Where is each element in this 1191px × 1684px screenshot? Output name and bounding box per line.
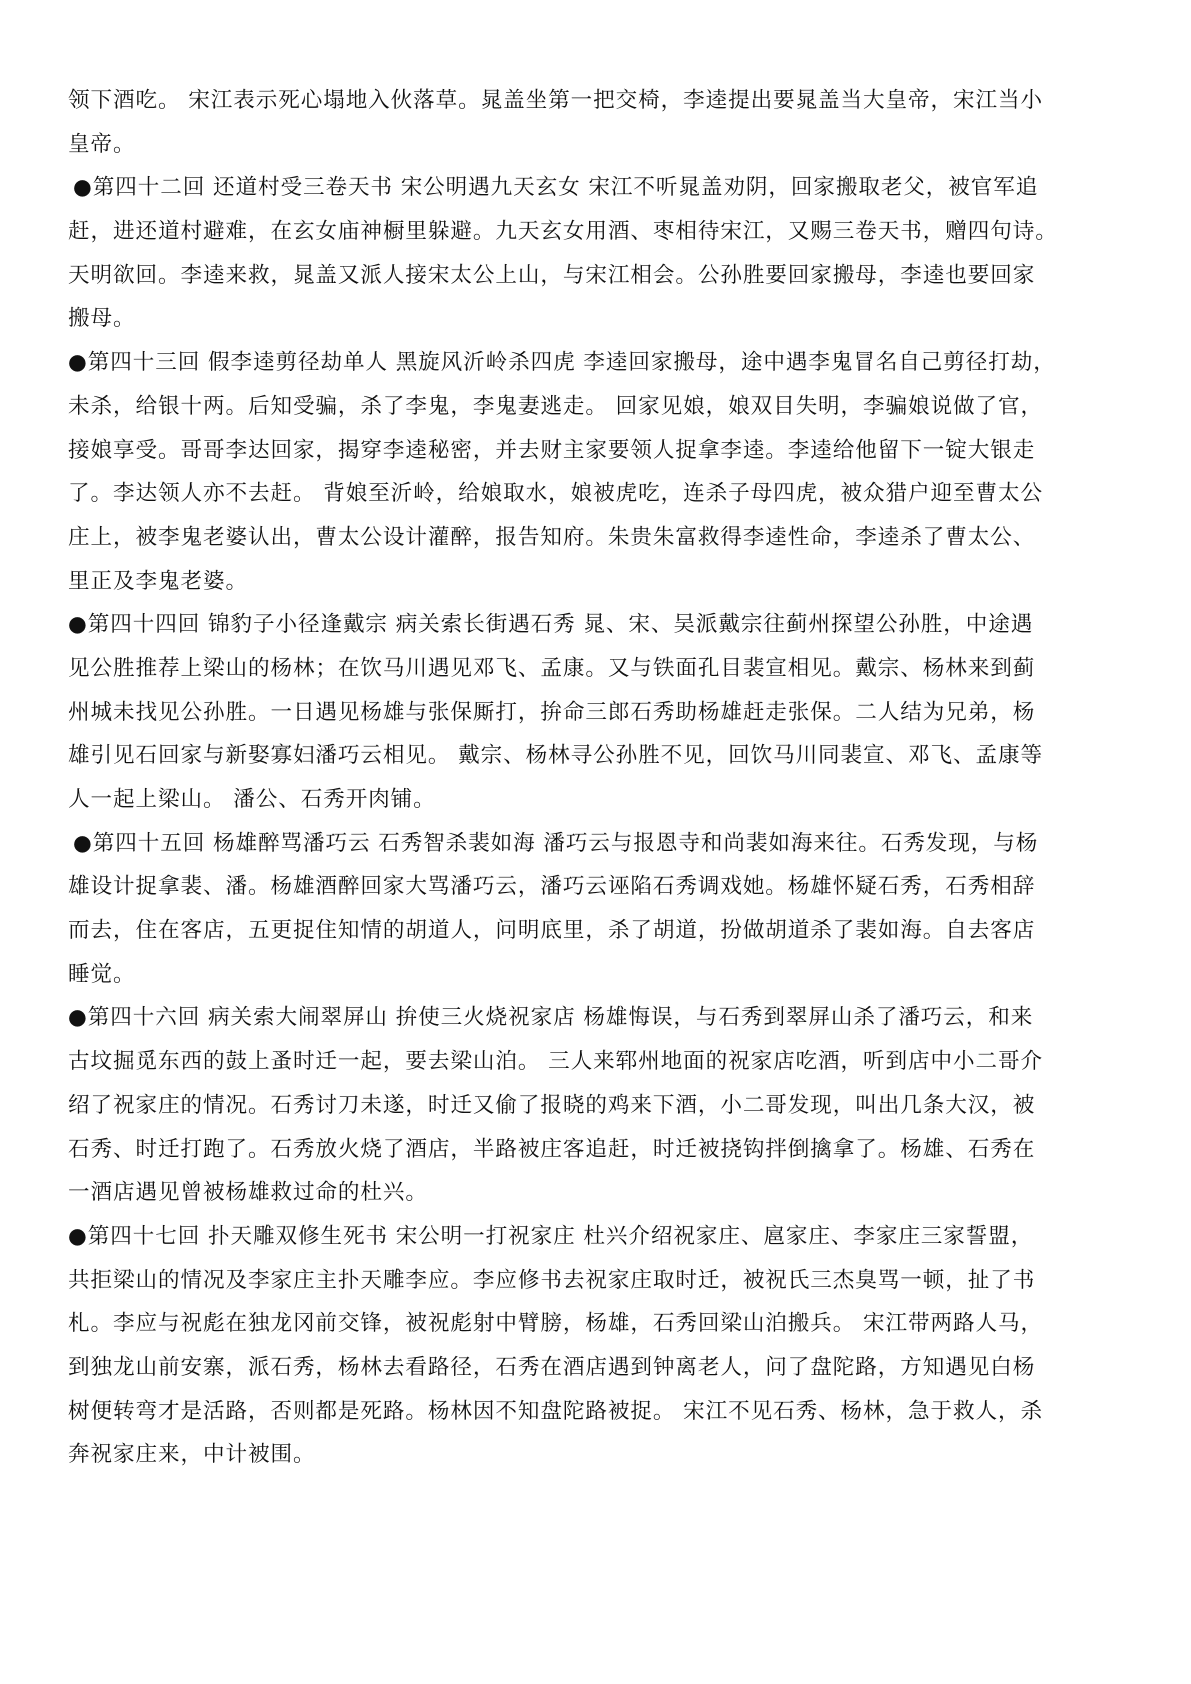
text-line: 天明欲回。李逵来救，晁盖又派人接宋太公上山，与宋江相会。公孙胜要回家搬母，李逵也… — [68, 259, 1118, 303]
paragraph-ch42: ●第四十二回 还道村受三卷天书 宋公明遇九天玄女 宋江不听晁盖劝阴，回家搬取老父… — [68, 171, 1118, 346]
text-line: 雄设计捉拿裴、潘。杨雄酒醉回家大骂潘巧云，潘巧云诬陷石秀调戏她。杨雄怀疑石秀，石… — [68, 870, 1118, 914]
paragraph-ch45: ●第四十五回 杨雄醉骂潘巧云 石秀智杀裴如海 潘巧云与报恩寺和尚裴如海来往。石秀… — [68, 827, 1118, 1002]
text-line: 州城未找见公孙胜。一日遇见杨雄与张保厮打，拚命三郎石秀助杨雄赶走张保。二人结为兄… — [68, 696, 1118, 740]
chapter-heading-line: ●第四十六回 病关索大闹翠屏山 拚使三火烧祝家店 杨雄悔误，与石秀到翠屏山杀了潘… — [68, 1001, 1118, 1045]
text-line: 里正及李鬼老婆。 — [68, 565, 1118, 609]
paragraph-ch44: ●第四十四回 锦豹子小径逢戴宗 病关索长街遇石秀 晁、宋、吴派戴宗往蓟州探望公孙… — [68, 608, 1118, 826]
text-line: 领下酒吃。 宋江表示死心塌地入伙落草。晁盖坐第一把交椅，李逵提出要晁盖当大皇帝，… — [68, 84, 1118, 128]
text-line: 未杀，给银十两。后知受骗，杀了李鬼，李鬼妻逃走。 回家见娘，娘双目失明，李骗娘说… — [68, 390, 1118, 434]
text-line: 人一起上梁山。 潘公、石秀开肉铺。 — [68, 783, 1118, 827]
text-line: 奔祝家庄来，中计被围。 — [68, 1438, 1118, 1482]
paragraph-ch46: ●第四十六回 病关索大闹翠屏山 拚使三火烧祝家店 杨雄悔误，与石秀到翠屏山杀了潘… — [68, 1001, 1118, 1219]
text-line: 到独龙山前安寨，派石秀，杨林去看路径，石秀在酒店遇到钟离老人，问了盘陀路，方知遇… — [68, 1351, 1118, 1395]
text-line: 庄上，被李鬼老婆认出，曹太公设计灌醉，报告知府。朱贵朱富救得李逵性命，李逵杀了曹… — [68, 521, 1118, 565]
text-line: 石秀、时迁打跑了。石秀放火烧了酒店，半路被庄客追赶，时迁被挠钩拌倒擒拿了。杨雄、… — [68, 1133, 1118, 1177]
chapter-heading-line: ●第四十三回 假李逵剪径劫单人 黑旋风沂岭杀四虎 李逵回家搬母，途中遇李鬼冒名自… — [68, 346, 1118, 390]
text-line: 搬母。 — [68, 302, 1118, 346]
text-line: 赶，进还道村避难，在玄女庙神橱里躲避。九天玄女用酒、枣相待宋江，又赐三卷天书，赠… — [68, 215, 1118, 259]
document-page: 领下酒吃。 宋江表示死心塌地入伙落草。晁盖坐第一把交椅，李逵提出要晁盖当大皇帝，… — [68, 84, 1118, 1482]
text-line: 雄引见石回家与新娶寡妇潘巧云相见。 戴宗、杨林寻公孙胜不见，回饮马川同裴宣、邓飞… — [68, 739, 1118, 783]
text-line: 接娘享受。哥哥李达回家，揭穿李逵秘密，并去财主家要领人捉拿李逵。李逵给他留下一锭… — [68, 434, 1118, 478]
paragraph-ch43: ●第四十三回 假李逵剪径劫单人 黑旋风沂岭杀四虎 李逵回家搬母，途中遇李鬼冒名自… — [68, 346, 1118, 608]
chapter-heading-line: ●第四十五回 杨雄醉骂潘巧云 石秀智杀裴如海 潘巧云与报恩寺和尚裴如海来往。石秀… — [68, 827, 1118, 871]
text-line: 了。李达领人亦不去赶。 背娘至沂岭，给娘取水，娘被虎吃，连杀子母四虎，被众猎户迎… — [68, 477, 1118, 521]
text-line: 古坟掘觅东西的鼓上蚤时迁一起，要去梁山泊。 三人来郓州地面的祝家店吃酒，听到店中… — [68, 1045, 1118, 1089]
text-line: 共拒梁山的情况及李家庄主扑天雕李应。李应修书去祝家庄取时迁，被祝氏三杰臭骂一顿，… — [68, 1264, 1118, 1308]
text-line: 皇帝。 — [68, 128, 1118, 172]
text-line: 一酒店遇见曾被杨雄救过命的杜兴。 — [68, 1176, 1118, 1220]
text-line: 见公胜推荐上梁山的杨林；在饮马川遇见邓飞、孟康。又与铁面孔目裴宣相见。戴宗、杨林… — [68, 652, 1118, 696]
text-line: 睡觉。 — [68, 958, 1118, 1002]
paragraph-ch41-tail: 领下酒吃。 宋江表示死心塌地入伙落草。晁盖坐第一把交椅，李逵提出要晁盖当大皇帝，… — [68, 84, 1118, 171]
text-line: 绍了祝家庄的情况。石秀讨刀未遂，时迁又偷了报晓的鸡来下酒，小二哥发现，叫出几条大… — [68, 1089, 1118, 1133]
chapter-heading-line: ●第四十七回 扑天雕双修生死书 宋公明一打祝家庄 杜兴介绍祝家庄、扈家庄、李家庄… — [68, 1220, 1118, 1264]
text-line: 而去，住在客店，五更捉住知情的胡道人，问明底里，杀了胡道，扮做胡道杀了裴如海。自… — [68, 914, 1118, 958]
text-line: 树便转弯才是活路，否则都是死路。杨林因不知盘陀路被捉。 宋江不见石秀、杨林，急于… — [68, 1395, 1118, 1439]
text-line: 札。李应与祝彪在独龙冈前交锋，被祝彪射中臂膀，杨雄，石秀回梁山泊搬兵。 宋江带两… — [68, 1307, 1118, 1351]
paragraph-ch47: ●第四十七回 扑天雕双修生死书 宋公明一打祝家庄 杜兴介绍祝家庄、扈家庄、李家庄… — [68, 1220, 1118, 1482]
chapter-heading-line: ●第四十四回 锦豹子小径逢戴宗 病关索长街遇石秀 晁、宋、吴派戴宗往蓟州探望公孙… — [68, 608, 1118, 652]
chapter-heading-line: ●第四十二回 还道村受三卷天书 宋公明遇九天玄女 宋江不听晁盖劝阴，回家搬取老父… — [68, 171, 1118, 215]
